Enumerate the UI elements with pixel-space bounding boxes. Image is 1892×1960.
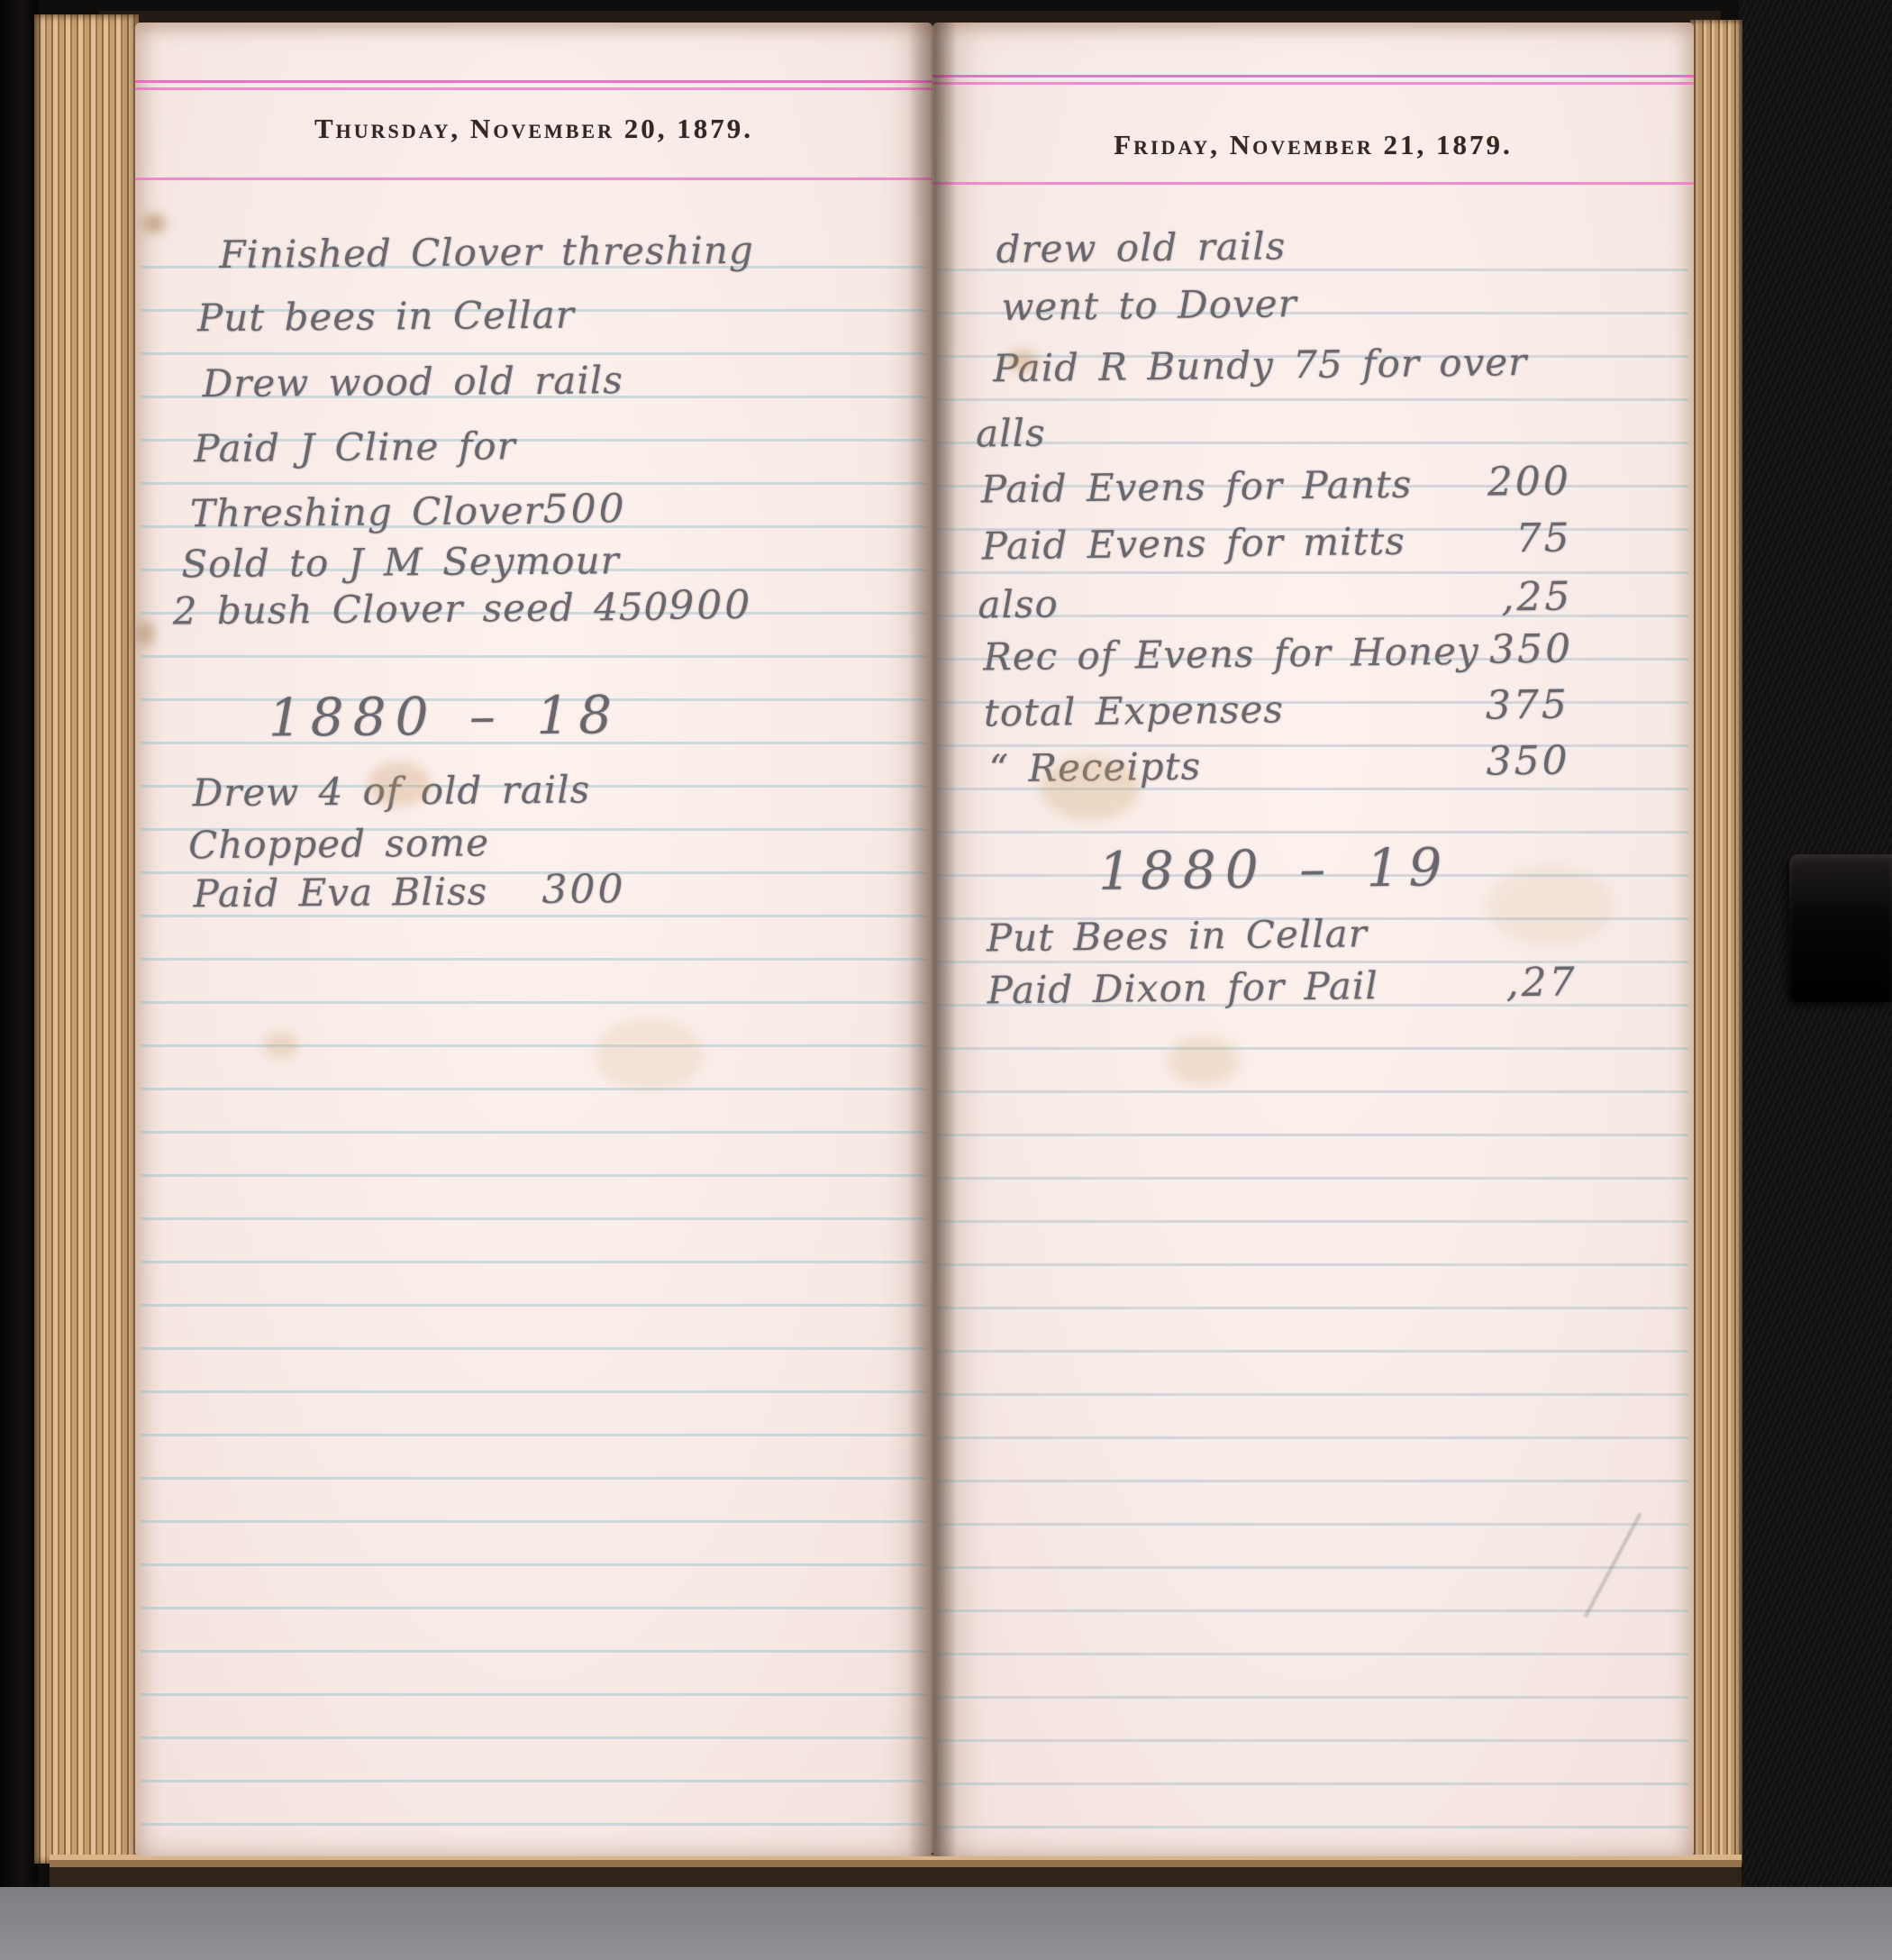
page-edge-stack-left: [34, 14, 139, 1864]
entry-amount: 375: [1486, 682, 1570, 729]
entry-text: Paid Eva Bliss: [193, 869, 487, 916]
diary-line: Sold to J M Seymour: [181, 538, 620, 586]
entry-amount: 350: [1489, 625, 1574, 672]
entry-amount: 75: [1515, 515, 1572, 561]
entry-text: Chopped some: [188, 820, 489, 867]
left-page: Thursday, November 20, 1879. Finished Cl…: [135, 23, 932, 1856]
entry-text: 2 bush Clover seed 450: [173, 585, 669, 634]
scanner-bed-strip: [0, 1887, 1892, 1960]
entry-amount: 900: [669, 582, 752, 629]
entry-text: “ Receipts: [988, 744, 1201, 791]
entry-text: Finished Clover threshing: [219, 228, 754, 277]
page-bottom-edge: [50, 1855, 1742, 1887]
diary-line: Put Bees in Cellar: [987, 911, 1368, 960]
entry-text: Paid Dixon for Pail: [987, 963, 1378, 1012]
entry-amount: 300: [541, 866, 625, 913]
entry-amount: 350: [1486, 738, 1570, 785]
diary-line: 2 bush Clover seed 450 900: [173, 583, 623, 633]
diary-line: Chopped some: [188, 820, 489, 867]
entry-amount: 500: [542, 486, 626, 533]
diary-line: total Expenses 375: [984, 682, 1570, 735]
diary-scan: Thursday, November 20, 1879. Finished Cl…: [0, 0, 1892, 1960]
clasp-strap: [1789, 854, 1892, 1002]
book-cover-left: [0, 0, 38, 1892]
handwriting-right: drew old rails went to Dover Paid R Bund…: [922, 18, 1706, 1861]
entry-text: Sold to J M Seymour: [181, 538, 620, 586]
year-heading: 1880 – 19: [1098, 836, 1451, 902]
entry-text: alls: [976, 411, 1046, 456]
entry-text: Drew 4 of old rails: [192, 767, 590, 815]
year-heading-text: 1880 – 19: [1098, 836, 1451, 902]
entry-amount: ,27: [1505, 959, 1578, 1006]
diary-line: Paid Eva Bliss 300: [193, 866, 625, 916]
entry-text: total Expenses: [984, 687, 1285, 734]
diary-line: Finished Clover threshing: [219, 228, 754, 277]
diary-line: Put bees in Cellar: [197, 293, 575, 341]
entry-amount: 200: [1487, 458, 1572, 505]
entry-text: Threshing Clover: [190, 488, 543, 535]
diary-line: Paid Dixon for Pail ,27: [987, 959, 1578, 1012]
entry-text: Paid J Cline for: [194, 424, 516, 470]
year-heading: 1880 – 18: [268, 684, 622, 748]
entry-text: Paid R Bundy 75 for over: [993, 340, 1528, 390]
diary-line: alls: [976, 411, 1046, 456]
diary-line: Paid Evens for mitts 75: [981, 515, 1572, 568]
diary-line: went to Dover: [1001, 281, 1297, 329]
entry-text: Paid Evens for Pants: [981, 462, 1413, 512]
entry-text: Paid Evens for mitts: [981, 519, 1405, 569]
diary-line: drew old rails: [996, 223, 1286, 271]
diary-line: Threshing Clover 500: [190, 487, 578, 536]
entry-text: Rec of Evens for Honey: [983, 629, 1479, 679]
entry-text: drew old rails: [996, 223, 1286, 271]
diary-line: also ,25: [978, 573, 1573, 626]
year-heading-text: 1880 – 18: [268, 684, 622, 748]
entry-text: Drew wood old rails: [202, 358, 623, 406]
right-page: Friday, November 21, 1879. drew old rail…: [932, 23, 1694, 1856]
diary-line: Drew 4 of old rails: [192, 767, 590, 815]
handwriting-left: Finished Clover threshing Put bees in Ce…: [127, 19, 941, 1860]
diary-line: Paid Evens for Pants 200: [981, 458, 1572, 511]
diary-line: “ Receipts 350: [988, 738, 1570, 791]
entry-text: Put Bees in Cellar: [987, 911, 1368, 960]
diary-line: Rec of Evens for Honey 350: [983, 625, 1574, 679]
diary-line: Paid J Cline for: [194, 424, 516, 470]
diary-line: Paid R Bundy 75 for over: [993, 340, 1528, 390]
diary-line: Drew wood old rails: [202, 358, 623, 406]
entry-amount: ,25: [1501, 573, 1573, 620]
entry-text: went to Dover: [1001, 281, 1297, 329]
entry-text: also: [978, 581, 1059, 626]
entry-text: Put bees in Cellar: [197, 293, 575, 341]
